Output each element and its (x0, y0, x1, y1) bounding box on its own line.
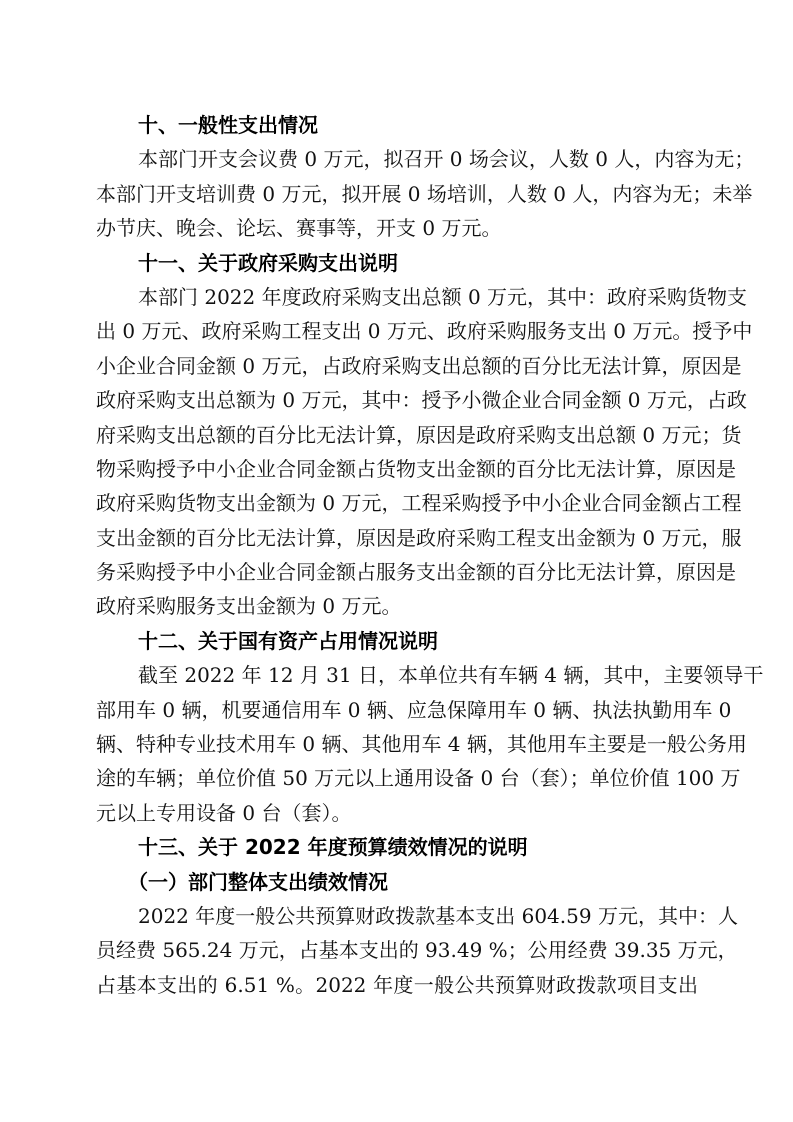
paragraph-line: 政府采购服务支出金额为 0 万元。 (96, 589, 698, 623)
paragraph-line: 政府采购货物支出金额为 0 万元，工程采购授予中小企业合同金额占工程 (96, 486, 698, 520)
section-heading-government-procurement: 十一、关于政府采购支出说明 (96, 246, 698, 280)
paragraph-line: 本部门开支培训费 0 万元，拟开展 0 场培训，人数 0 人，内容为无；未举 (96, 177, 698, 211)
paragraph-line: 元以上专用设备 0 台（套）。 (96, 796, 698, 830)
paragraph-line: 本部门 2022 年度政府采购支出总额 0 万元，其中：政府采购货物支 (96, 280, 698, 314)
paragraph-line: 府采购支出总额的百分比无法计算，原因是政府采购支出总额 0 万元；货 (96, 418, 698, 452)
section-heading-budget-performance: 十三、关于 2022 年度预算绩效情况的说明 (96, 830, 698, 864)
paragraph-line: 办节庆、晚会、论坛、赛事等，开支 0 万元。 (96, 211, 698, 245)
paragraph-line: 小企业合同金额 0 万元，占政府采购支出总额的百分比无法计算，原因是 (96, 349, 698, 383)
paragraph-line: 政府采购支出总额为 0 万元，其中：授予小微企业合同金额 0 万元，占政 (96, 383, 698, 417)
paragraph-line: 物采购授予中小企业合同金额占货物支出金额的百分比无法计算，原因是 (96, 452, 698, 486)
paragraph-line: 占基本支出的 6.51 %。2022 年度一般公共预算财政拨款项目支出 (96, 968, 698, 1002)
paragraph-line: 辆、特种专业技术用车 0 辆、其他用车 4 辆，其他用车主要是一般公务用 (96, 727, 698, 761)
document-page: 十、一般性支出情况 本部门开支会议费 0 万元，拟召开 0 场会议，人数 0 人… (96, 108, 698, 1002)
paragraph-line: 员经费 565.24 万元，占基本支出的 93.49 %；公用经费 39.35 … (96, 933, 698, 967)
paragraph-line: 部用车 0 辆，机要通信用车 0 辆、应急保障用车 0 辆、执法执勤用车 0 (96, 693, 698, 727)
paragraph-state-assets: 截至 2022 年 12 月 31 日，本单位共有车辆 4 辆，其中，主要领导干… (96, 658, 698, 830)
paragraph-line: 出 0 万元、政府采购工程支出 0 万元、政府采购服务支出 0 万元。授予中 (96, 314, 698, 348)
paragraph-line: 截至 2022 年 12 月 31 日，本单位共有车辆 4 辆，其中，主要领导干 (96, 658, 698, 692)
paragraph-government-procurement: 本部门 2022 年度政府采购支出总额 0 万元，其中：政府采购货物支 出 0 … (96, 280, 698, 624)
section-heading-general-expenses: 十、一般性支出情况 (96, 108, 698, 142)
paragraph-line: 途的车辆；单位价值 50 万元以上通用设备 0 台（套）；单位价值 100 万 (96, 761, 698, 795)
paragraph-general-expenses: 本部门开支会议费 0 万元，拟召开 0 场会议，人数 0 人，内容为无； 本部门… (96, 142, 698, 245)
paragraph-line: 务采购授予中小企业合同金额占服务支出金额的百分比无法计算，原因是 (96, 555, 698, 589)
paragraph-line: 2022 年度一般公共预算财政拨款基本支出 604.59 万元，其中：人 (96, 899, 698, 933)
paragraph-overall-expense-performance: 2022 年度一般公共预算财政拨款基本支出 604.59 万元，其中：人 员经费… (96, 899, 698, 1002)
subsection-heading-overall-expense-performance: （一）部门整体支出绩效情况 (96, 865, 698, 899)
paragraph-line: 支出金额的百分比无法计算，原因是政府采购工程支出金额为 0 万元，服 (96, 521, 698, 555)
paragraph-line: 本部门开支会议费 0 万元，拟召开 0 场会议，人数 0 人，内容为无； (96, 142, 698, 176)
section-heading-state-assets: 十二、关于国有资产占用情况说明 (96, 624, 698, 658)
